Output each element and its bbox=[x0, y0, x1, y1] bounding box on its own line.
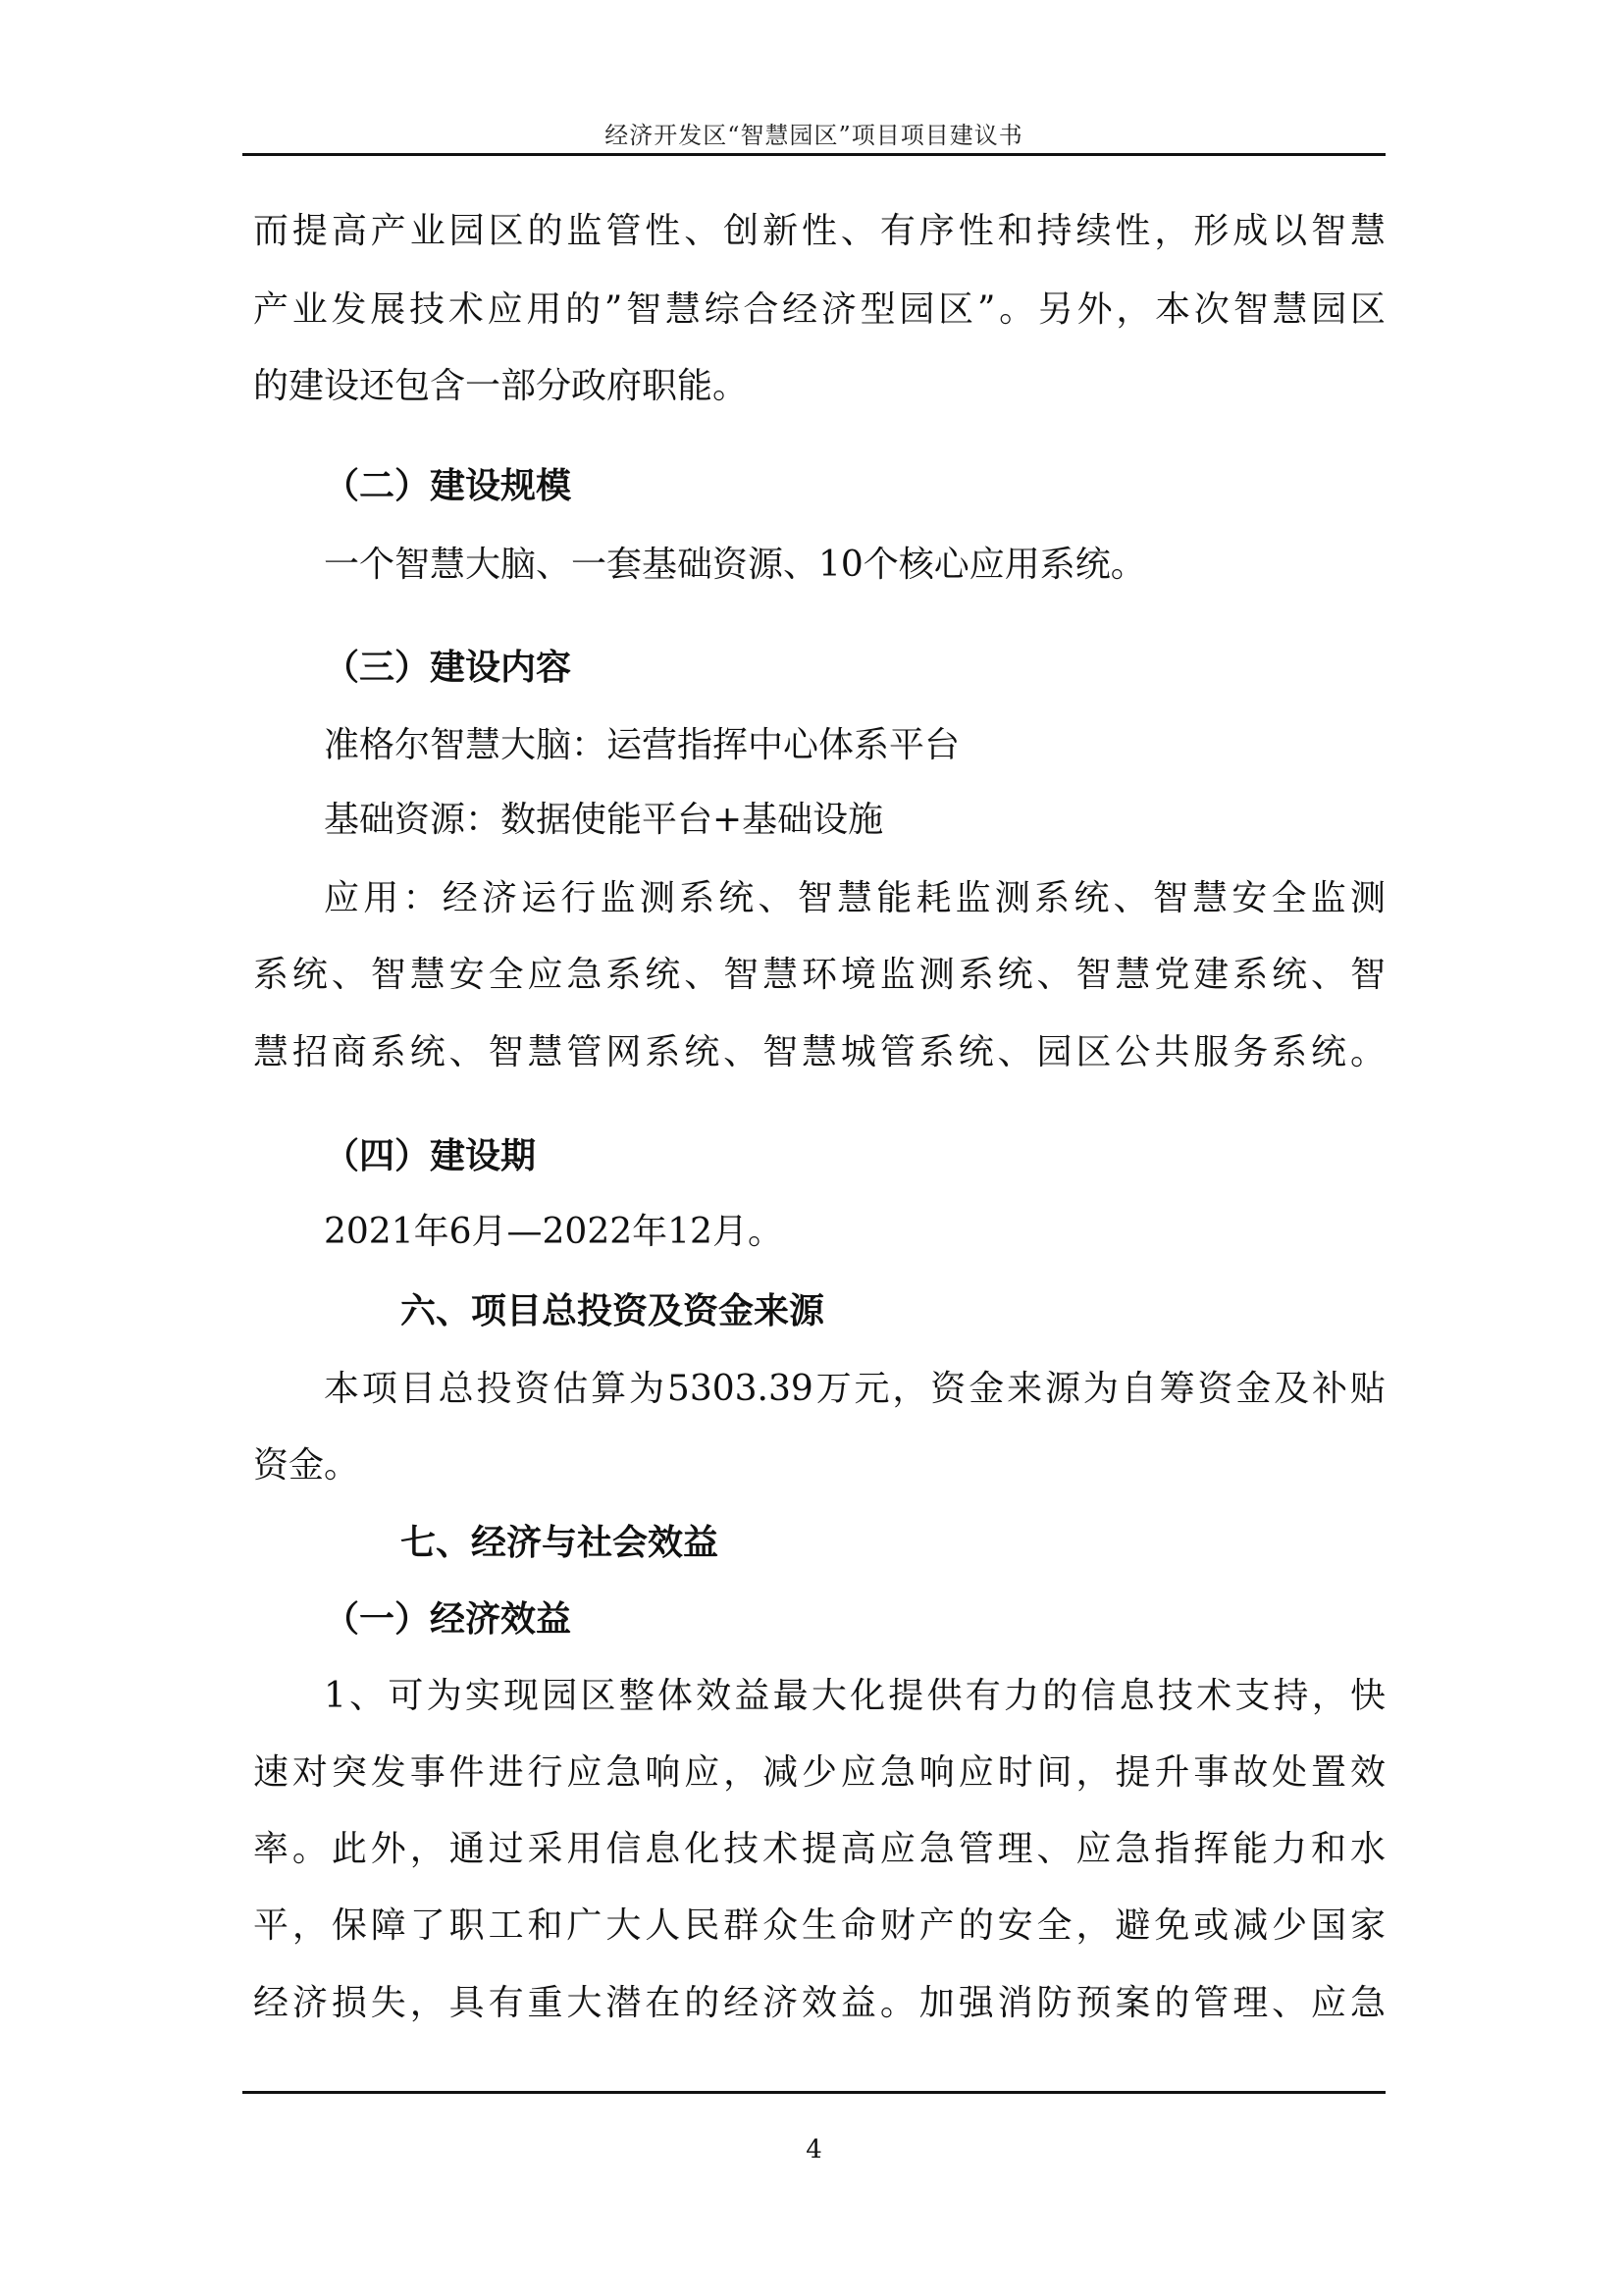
body-text-line: 本项目总投资估算为5303.39万元，资金来源为自筹资金及补贴 bbox=[253, 1368, 1386, 1411]
body-text-line: 基础资源：数据使能平台+基础设施 bbox=[253, 799, 1386, 842]
footer-rule bbox=[242, 2091, 1386, 2094]
body-text-line: 经济损失，具有重大潜在的经济效益。加强消防预案的管理、应急 bbox=[253, 1982, 1386, 2025]
subsection-heading: （四）建设期 bbox=[253, 1134, 1386, 1177]
subsection-heading: （二）建设规模 bbox=[253, 464, 1386, 507]
page-number: 4 bbox=[242, 2135, 1386, 2165]
body-text-line: 1、可为实现园区整体效益最大化提供有力的信息技术支持，快 bbox=[253, 1675, 1386, 1718]
body-text-line: 产业发展技术应用的”智慧综合经济型园区”。另外，本次智慧园区 bbox=[253, 288, 1386, 332]
body-text-line: 系统、智慧安全应急系统、智慧环境监测系统、智慧党建系统、智 bbox=[253, 954, 1386, 997]
subsection-heading: （一）经济效益 bbox=[253, 1597, 1386, 1641]
body-text-line: 率。此外，通过采用信息化技术提高应急管理、应急指挥能力和水 bbox=[253, 1828, 1386, 1871]
body-text-line: 平，保障了职工和广大人民群众生命财产的安全，避免或减少国家 bbox=[253, 1904, 1386, 1948]
body-text-line: 应用：经济运行监测系统、智慧能耗监测系统、智慧安全监测 bbox=[253, 877, 1386, 920]
body-text-line: 2021年6月—2022年12月。 bbox=[253, 1211, 1386, 1254]
section-heading: 七、经济与社会效益 bbox=[253, 1521, 1386, 1564]
body-text-line: 准格尔智慧大脑：运营指挥中心体系平台 bbox=[253, 724, 1386, 767]
body-text-line: 而提高产业园区的监管性、创新性、有序性和持续性，形成以智慧 bbox=[253, 210, 1386, 253]
body-text-line: 一个智慧大脑、一套基础资源、10个核心应用系统。 bbox=[253, 544, 1386, 587]
section-heading: 六、项目总投资及资金来源 bbox=[253, 1289, 1386, 1332]
body-text-line: 慧招商系统、智慧管网系统、智慧城管系统、园区公共服务系统。 bbox=[253, 1031, 1386, 1074]
body-text-line: 速对突发事件进行应急响应，减少应急响应时间，提升事故处置效 bbox=[253, 1751, 1386, 1795]
body-text-line: 资金。 bbox=[253, 1444, 1386, 1487]
subsection-heading: （三）建设内容 bbox=[253, 646, 1386, 689]
header-rule bbox=[242, 153, 1386, 156]
body-text-line: 的建设还包含一部分政府职能。 bbox=[253, 365, 1386, 408]
running-header: 经济开发区“智慧园区”项目项目建议书 bbox=[242, 116, 1386, 150]
